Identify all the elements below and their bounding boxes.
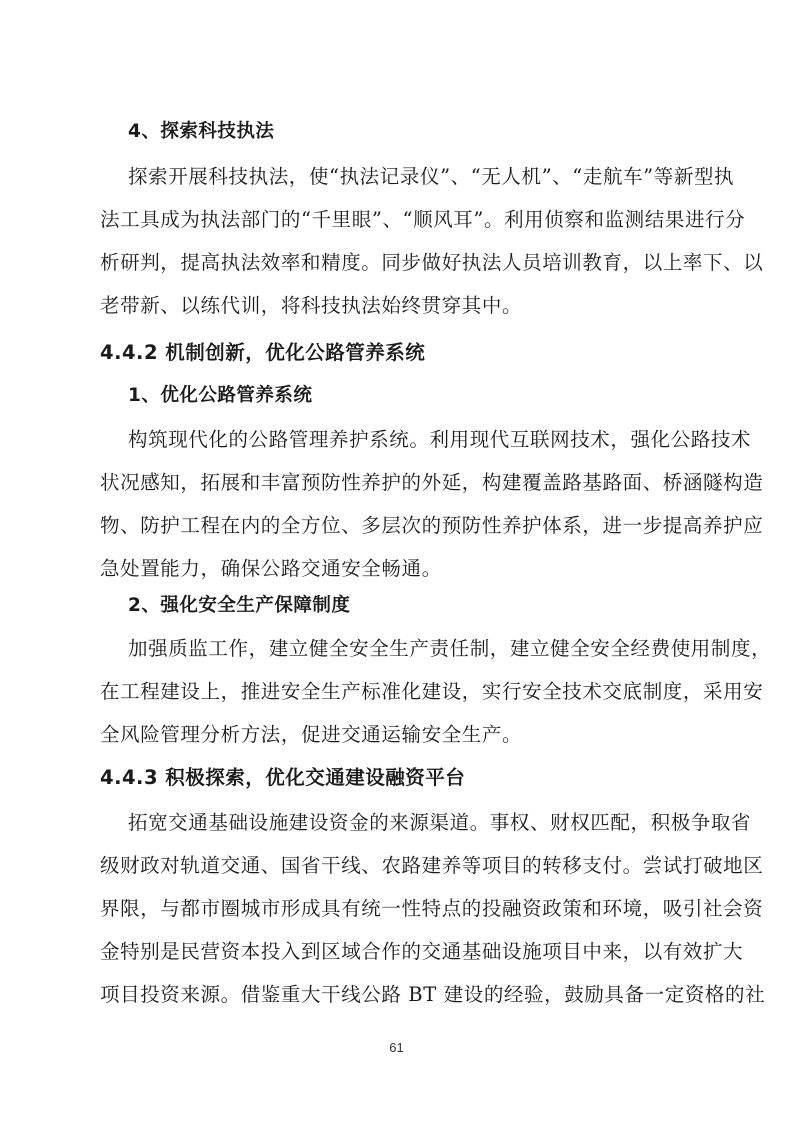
paragraph-line: 法工具成为执法部门的“千里眼”、“顺风耳”。利用侦察和监测结果进行分	[100, 208, 710, 232]
page-number: 61	[0, 1040, 793, 1055]
paragraph-line: 项目投资来源。借鉴重大干线公路 BT 建设的经验，鼓励具备一定资格的社	[100, 983, 710, 1007]
paragraph-line: 急处置能力，确保公路交通安全畅通。	[100, 557, 710, 581]
paragraph-line: 物、防护工程在内的全方位、多层次的预防性养护体系，进一步提高养护应	[100, 514, 710, 538]
paragraph-line: 析研判，提高执法效率和精度。同步做好执法人员培训教育，以上率下、以	[100, 251, 710, 275]
paragraph-line: 构筑现代化的公路管理养护系统。利用现代互联网技术，强化公路技术	[128, 428, 710, 452]
paragraph-line: 拓宽交通基础设施建设资金的来源渠道。事权、财权匹配，积极争取省	[128, 811, 710, 835]
paragraph-line: 加强质监工作，建立健全安全生产责任制，建立健全安全经费使用制度，	[128, 637, 718, 661]
subheading-explore-tech-enforcement: 4、探索科技执法	[128, 120, 738, 144]
subheading-safety-production: 2、强化安全生产保障制度	[128, 594, 738, 618]
paragraph-line: 在工程建设上，推进安全生产标准化建设，实行安全技术交底制度，采用安	[100, 680, 710, 704]
section-heading-4-4-2: 4.4.2 机制创新，优化公路管养系统	[100, 341, 710, 365]
paragraph-line: 级财政对轨道交通、国省干线、农路建养等项目的转移支付。尝试打破地区	[100, 854, 710, 878]
paragraph-line: 界限，与都市圈城市形成具有统一性特点的投融资政策和环境，吸引社会资	[100, 897, 710, 921]
paragraph-line: 探索开展科技执法，使“执法记录仪”、“无人机”、“走航车”等新型执	[128, 165, 710, 189]
subheading-optimize-highway-maintenance: 1、优化公路管养系统	[128, 384, 738, 408]
paragraph-line: 金特别是民营资本投入到区域合作的交通基础设施项目中来，以有效扩大	[100, 940, 710, 964]
document-page: 4、探索科技执法 探索开展科技执法，使“执法记录仪”、“无人机”、“走航车”等新…	[0, 0, 793, 1122]
paragraph-line: 老带新、以练代训，将科技执法始终贯穿其中。	[100, 294, 710, 318]
section-heading-4-4-3: 4.4.3 积极探索，优化交通建设融资平台	[100, 766, 710, 790]
paragraph-line: 状况感知，拓展和丰富预防性养护的外延，构建覆盖路基路面、桥涵隧构造	[100, 471, 710, 495]
paragraph-line: 全风险管理分析方法，促进交通运输安全生产。	[100, 723, 710, 747]
